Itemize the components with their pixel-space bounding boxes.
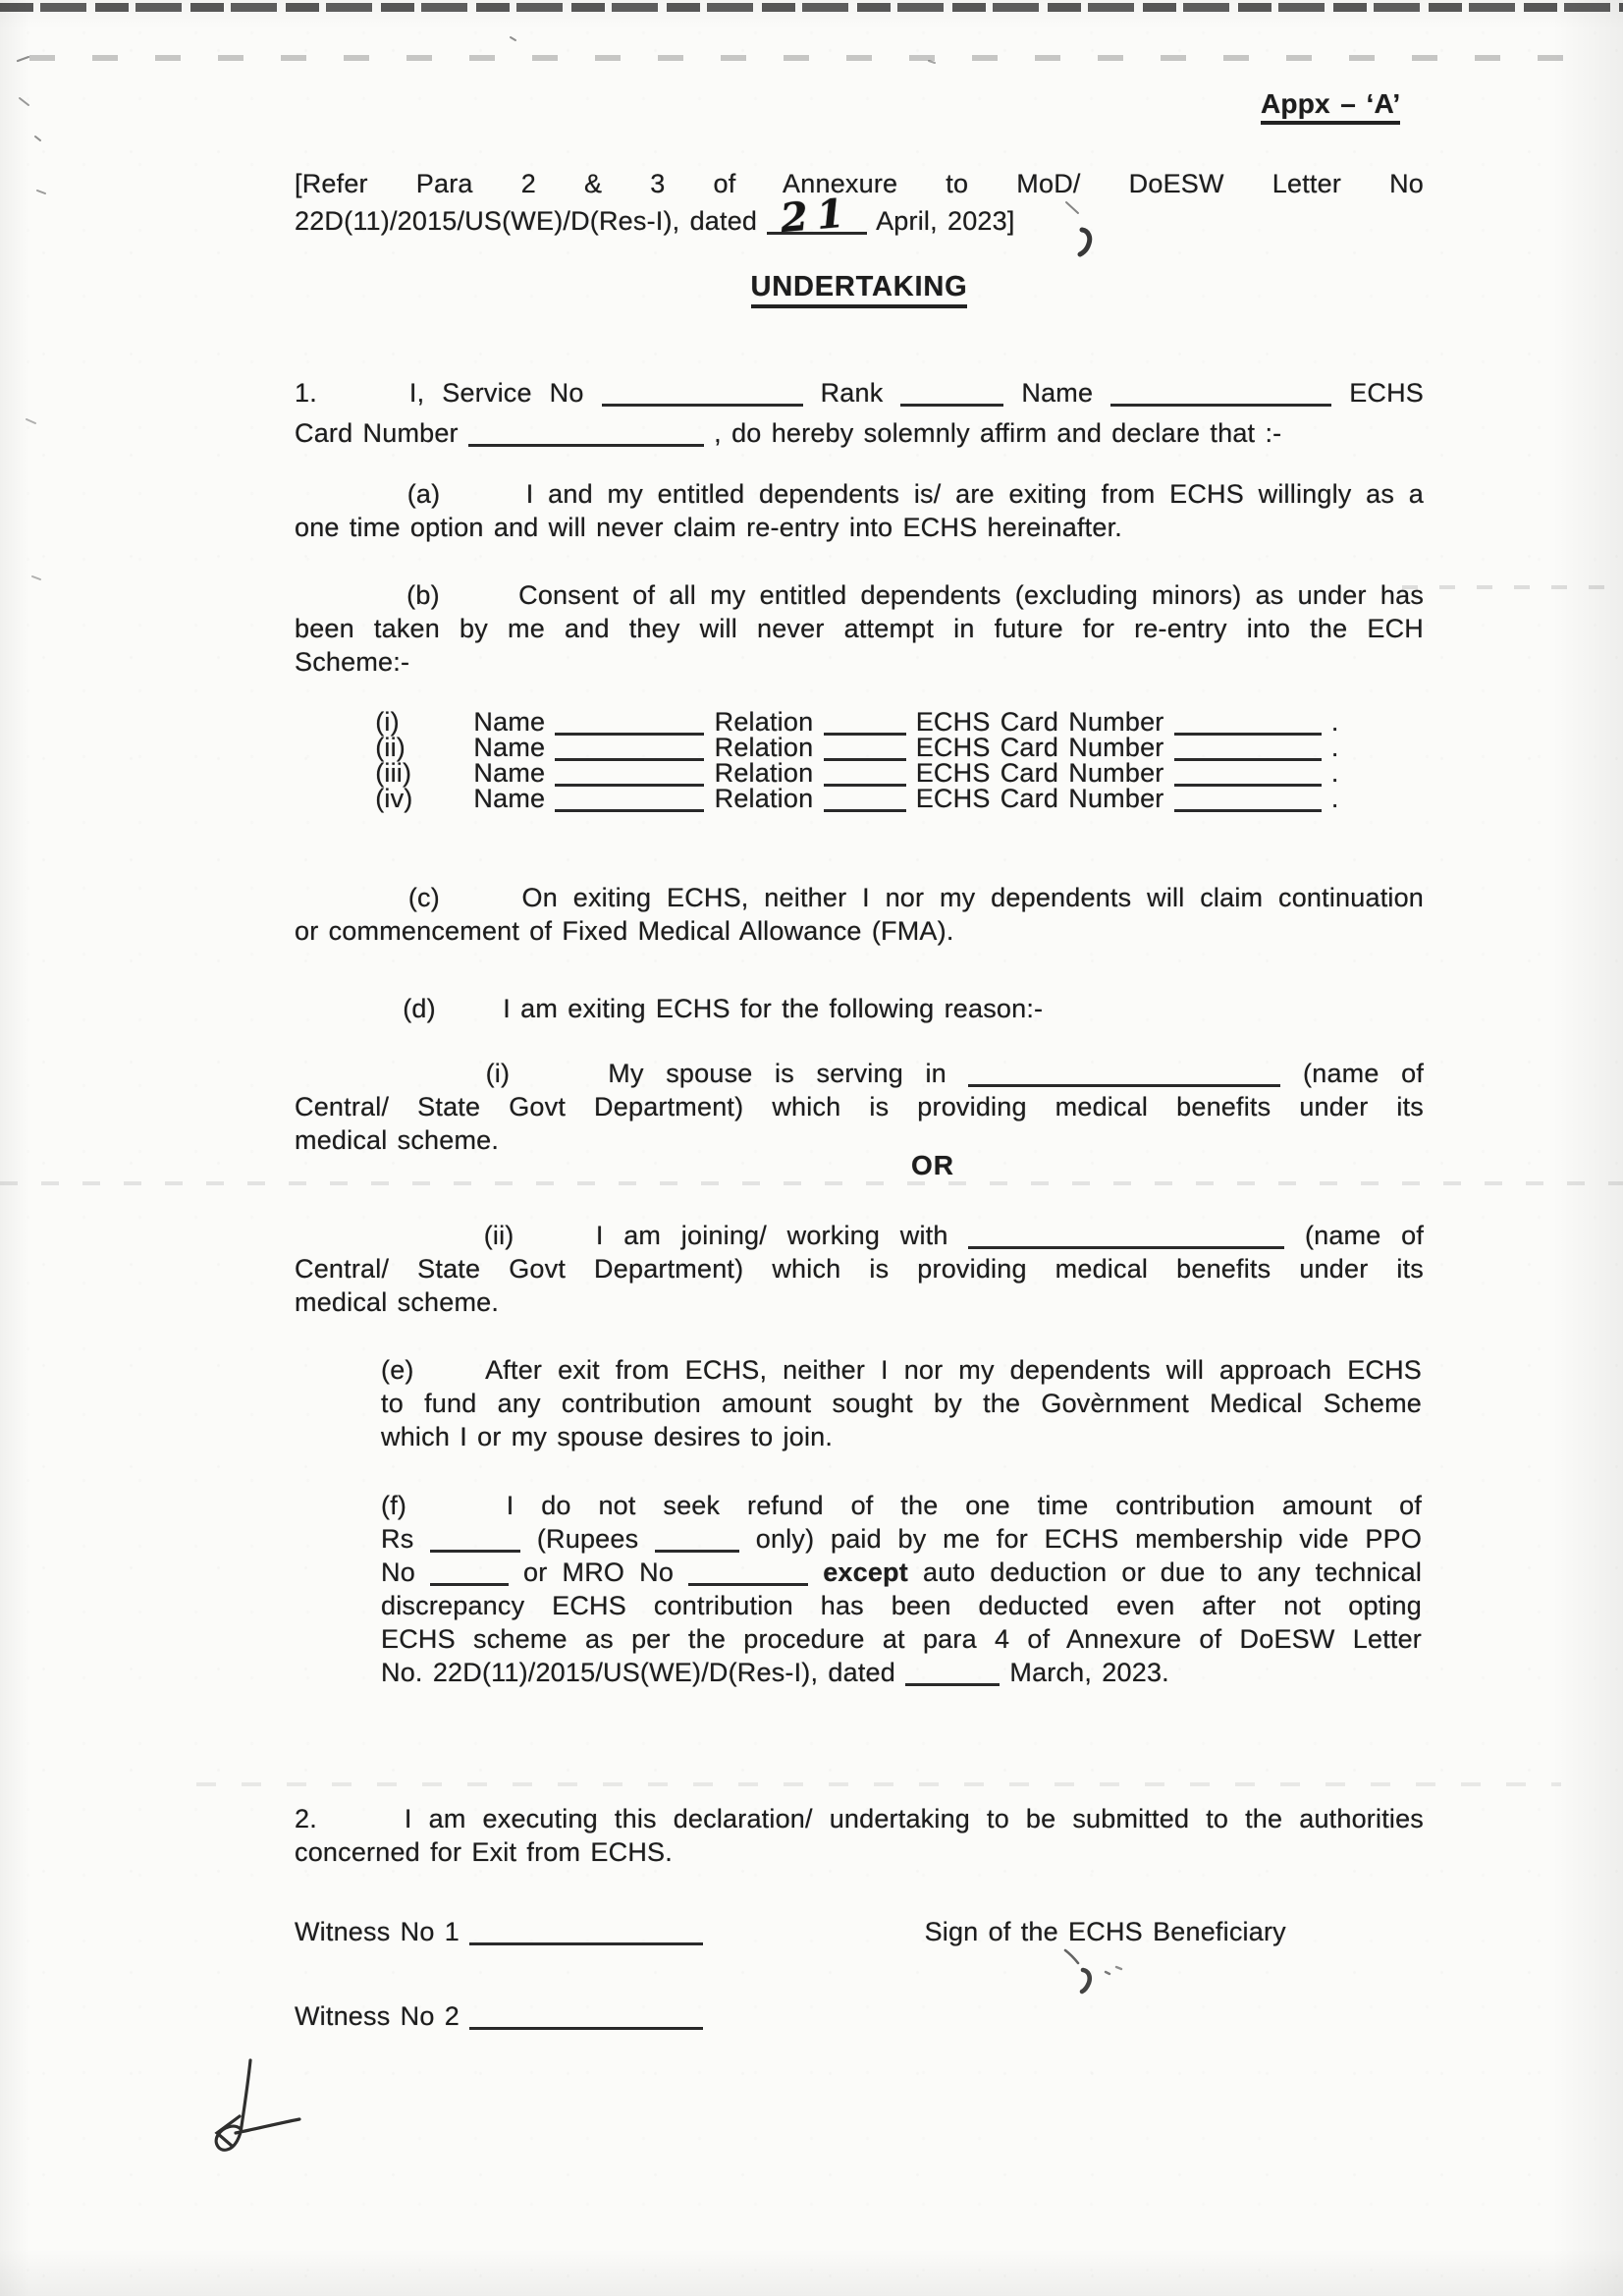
spacing-gap bbox=[532, 1081, 586, 1082]
text-run: 22D(11)/2015/US(WE)/D(Res-I), dated bbox=[295, 206, 757, 236]
text-run: only) paid by me for ECHS membership vid… bbox=[756, 1524, 1422, 1554]
text-line: (d) I am exiting ECHS for the following … bbox=[295, 992, 1424, 1025]
scanned-document-page: Appx – ‘A’ [Refer Para 2 & 3 of Annexure… bbox=[0, 0, 1623, 2296]
text-run: My spouse is serving in bbox=[608, 1059, 947, 1088]
text-run: Appx – ‘A’ bbox=[1261, 88, 1400, 125]
text-run: (d) bbox=[403, 994, 436, 1023]
text-run: Relation bbox=[715, 784, 814, 813]
text-run: Rs bbox=[381, 1524, 413, 1554]
text-run: (name of bbox=[1303, 1059, 1424, 1088]
spacing-gap bbox=[295, 1016, 393, 1017]
scan-artifact-top-band bbox=[0, 3, 1623, 12]
text-line: 22D(11)/2015/US(WE)/D(Res-I), dated 21 A… bbox=[295, 202, 1424, 240]
text-run: March, 2023. bbox=[1009, 1658, 1168, 1687]
spacing-gap bbox=[295, 755, 365, 756]
text-run: (b) bbox=[406, 580, 440, 610]
blank-field bbox=[469, 2022, 703, 2030]
blank-field bbox=[824, 804, 906, 812]
text-line: Central/ State Govt Department) which is… bbox=[295, 1252, 1424, 1285]
blank-field: 21 bbox=[767, 227, 867, 235]
spacing-gap bbox=[334, 1827, 388, 1828]
signature-ink bbox=[194, 2057, 304, 2160]
spacing-gap bbox=[295, 806, 365, 807]
text-line: No or MRO No except auto deduction or du… bbox=[381, 1556, 1422, 1589]
scan-artifact-dashes bbox=[1402, 585, 1616, 589]
spacing-gap bbox=[446, 1016, 493, 1017]
list-item-number: (i) bbox=[375, 710, 463, 735]
blank-field bbox=[824, 728, 906, 736]
text-run: (f) bbox=[381, 1491, 406, 1520]
text-line: medical scheme. bbox=[295, 1123, 1424, 1157]
list-item-number: (iii) bbox=[375, 761, 463, 786]
text-run: . bbox=[1331, 784, 1339, 813]
text-run: concerned for Exit from ECHS. bbox=[295, 1837, 673, 1867]
spacing-gap bbox=[295, 603, 393, 604]
text-run: [Refer Para 2 & 3 of Annexure to MoD/ Do… bbox=[295, 169, 1424, 198]
text-run: I, Service No bbox=[409, 378, 584, 408]
text-line: (c) On exiting ECHS, neither I nor my de… bbox=[295, 881, 1424, 914]
blank-field bbox=[905, 1678, 1000, 1686]
para-1c: (c) On exiting ECHS, neither I nor my de… bbox=[295, 881, 1424, 948]
text-run: April, 2023] bbox=[876, 206, 1014, 236]
blank-field bbox=[1174, 804, 1322, 812]
spacing-gap bbox=[295, 1243, 463, 1244]
blank-field bbox=[968, 1079, 1280, 1087]
blank-field bbox=[555, 804, 704, 812]
para-1d-ii: (ii) I am joining/ working with (name of… bbox=[295, 1219, 1424, 1319]
text-line: (b) Consent of all my entitled dependent… bbox=[295, 578, 1424, 612]
text-line: UNDERTAKING bbox=[295, 267, 1424, 306]
text-line: concerned for Exit from ECHS. bbox=[295, 1835, 1424, 1869]
text-run: ECHS Card Number bbox=[916, 784, 1164, 813]
blank-field bbox=[430, 1545, 520, 1553]
text-run: one time option and will never claim re-… bbox=[295, 513, 1122, 542]
blank-field bbox=[468, 439, 704, 447]
text-run: medical scheme. bbox=[295, 1287, 499, 1317]
blank-field bbox=[900, 399, 1003, 407]
text-line: discrepancy ECHS contribution has been d… bbox=[381, 1589, 1422, 1622]
text-line: (f) I do not seek refund of the one time… bbox=[381, 1489, 1422, 1522]
blank-field bbox=[430, 1578, 509, 1586]
text-run: been taken by me and they will never att… bbox=[295, 614, 1424, 643]
text-line: Card Number , do hereby solemnly affirm … bbox=[295, 413, 1424, 454]
blank-field bbox=[1174, 728, 1322, 736]
para-1-declaration: 1. I, Service No Rank Name ECHS Card Num… bbox=[295, 373, 1424, 454]
text-run: I am exiting ECHS for the following reas… bbox=[503, 994, 1043, 1023]
text-line: No. 22D(11)/2015/US(WE)/D(Res-I), dated … bbox=[381, 1656, 1422, 1689]
text-run: discrepancy ECHS contribution has been d… bbox=[381, 1591, 1422, 1620]
document-title: UNDERTAKING bbox=[295, 267, 1424, 306]
text-run: (Rupees bbox=[537, 1524, 638, 1554]
para-1a: (a) I and my entitled dependents is/ are… bbox=[295, 477, 1424, 544]
blank-field bbox=[1174, 753, 1322, 761]
blank-field bbox=[555, 728, 704, 736]
text-run: I do not seek refund of the one time con… bbox=[507, 1491, 1422, 1520]
text-run: OR bbox=[911, 1150, 954, 1180]
blank-field bbox=[555, 753, 704, 761]
text-line: which I or my spouse desires to join. bbox=[381, 1420, 1422, 1453]
blank-field bbox=[469, 1938, 703, 1945]
or-separator: OR bbox=[911, 1149, 1029, 1182]
text-run: (name of bbox=[1305, 1221, 1424, 1250]
text-run: ECHS scheme as per the procedure at para… bbox=[381, 1624, 1422, 1654]
spacing-gap bbox=[534, 1243, 575, 1244]
blank-field bbox=[968, 1241, 1284, 1249]
text-line: (ii) I am joining/ working with (name of bbox=[295, 1219, 1424, 1252]
spacing-gap bbox=[335, 401, 392, 402]
text-run: I am executing this declaration/ underta… bbox=[405, 1804, 1424, 1833]
text-run: (i) bbox=[486, 1059, 511, 1088]
text-run: I and my entitled dependents is/ are exi… bbox=[526, 479, 1424, 509]
text-run: No bbox=[381, 1558, 415, 1587]
spacing-gap bbox=[713, 1940, 914, 1941]
text-run: medical scheme. bbox=[295, 1125, 499, 1155]
text-run: Name bbox=[473, 784, 545, 813]
text-run: Scheme:- bbox=[295, 647, 409, 677]
text-line: Witness No 2 bbox=[295, 1999, 982, 2033]
scan-artifact-second-band bbox=[29, 55, 1591, 61]
text-line: or commencement of Fixed Medical Allowan… bbox=[295, 914, 1424, 948]
spacing-gap bbox=[434, 1513, 479, 1514]
text-run: or MRO No bbox=[523, 1558, 674, 1587]
text-run: UNDERTAKING bbox=[751, 271, 968, 308]
blank-field bbox=[655, 1545, 739, 1553]
text-run: After exit from ECHS, neither I nor my d… bbox=[485, 1355, 1422, 1385]
text-run: (a) bbox=[407, 479, 441, 509]
list-item-number: (ii) bbox=[375, 736, 463, 760]
text-run: or commencement of Fixed Medical Allowan… bbox=[295, 916, 954, 946]
text-line: 2. I am executing this declaration/ unde… bbox=[295, 1802, 1424, 1835]
text-line: [Refer Para 2 & 3 of Annexure to MoD/ Do… bbox=[295, 165, 1424, 202]
text-run: (c) bbox=[408, 883, 440, 912]
spacing-gap bbox=[295, 502, 393, 503]
spacing-gap bbox=[454, 603, 505, 604]
spacing-gap bbox=[455, 502, 512, 503]
witness-2-line: Witness No 2 bbox=[295, 1999, 982, 2033]
bold-text-run: except bbox=[823, 1558, 908, 1587]
text-run: Name bbox=[1021, 378, 1093, 408]
dependents-list: (i) Name Relation ECHS Card Number . (ii… bbox=[295, 710, 1424, 812]
text-run: Sign of the ECHS Beneficiary bbox=[925, 1917, 1286, 1946]
text-run: Consent of all my entitled dependents (e… bbox=[518, 580, 1424, 610]
para-1d: (d) I am exiting ECHS for the following … bbox=[295, 992, 1424, 1025]
text-line: medical scheme. bbox=[295, 1285, 1424, 1319]
para-1f: (f) I do not seek refund of the one time… bbox=[381, 1489, 1422, 1689]
text-run: auto deduction or due to any technical bbox=[923, 1558, 1422, 1587]
reference-note: [Refer Para 2 & 3 of Annexure to MoD/ Do… bbox=[295, 165, 1424, 240]
text-line: 1. I, Service No Rank Name ECHS bbox=[295, 373, 1424, 413]
spacing-gap bbox=[295, 781, 365, 782]
spacing-gap bbox=[456, 905, 507, 906]
text-line: Appx – ‘A’ bbox=[1261, 86, 1437, 122]
para-1d-i: (i) My spouse is serving in (name of Cen… bbox=[295, 1057, 1424, 1157]
text-run: (ii) bbox=[484, 1221, 514, 1250]
spacing-gap bbox=[295, 1081, 463, 1082]
text-run: Central/ State Govt Department) which is… bbox=[295, 1092, 1424, 1121]
list-item-number: (iv) bbox=[375, 787, 463, 811]
text-line: Rs (Rupees only) paid by me for ECHS mem… bbox=[381, 1522, 1422, 1556]
text-run: I am joining/ working with bbox=[596, 1221, 948, 1250]
para-1b: (b) Consent of all my entitled dependent… bbox=[295, 578, 1424, 679]
text-run: On exiting ECHS, neither I nor my depend… bbox=[522, 883, 1425, 912]
text-line: (e) After exit from ECHS, neither I nor … bbox=[381, 1353, 1422, 1387]
blank-field bbox=[824, 753, 906, 761]
text-line: (iv) Name Relation ECHS Card Number . bbox=[295, 787, 1424, 812]
spacing-gap bbox=[430, 1378, 471, 1379]
blank-field bbox=[555, 779, 704, 787]
text-line: (i) My spouse is serving in (name of bbox=[295, 1057, 1424, 1090]
text-run: Central/ State Govt Department) which is… bbox=[295, 1254, 1424, 1284]
blank-field bbox=[1110, 399, 1331, 407]
text-line: been taken by me and they will never att… bbox=[295, 612, 1424, 645]
text-run: , do hereby solemnly affirm and declare … bbox=[714, 418, 1281, 448]
text-run: 1. bbox=[295, 378, 317, 408]
para-1e: (e) After exit from ECHS, neither I nor … bbox=[381, 1353, 1422, 1453]
scan-artifact-low-line bbox=[196, 1782, 1561, 1786]
text-line: one time option and will never claim re-… bbox=[295, 511, 1424, 544]
scan-artifact-mid-line bbox=[0, 1181, 1623, 1185]
text-run: ECHS bbox=[1349, 378, 1424, 408]
handwritten-value: 21 bbox=[780, 194, 855, 238]
text-line: OR bbox=[911, 1149, 1029, 1182]
text-line: to fund any contribution amount sought b… bbox=[381, 1387, 1422, 1420]
para-2-execution: 2. I am executing this declaration/ unde… bbox=[295, 1802, 1424, 1869]
text-run: which I or my spouse desires to join. bbox=[381, 1422, 833, 1451]
witness-1-line: Witness No 1 Sign of the ECHS Beneficiar… bbox=[295, 1915, 1473, 1948]
text-line: Scheme:- bbox=[295, 645, 1424, 679]
text-run: Witness No 2 bbox=[295, 2001, 460, 2031]
text-run: Witness No 1 bbox=[295, 1917, 460, 1946]
text-line: Central/ State Govt Department) which is… bbox=[295, 1090, 1424, 1123]
text-line: (a) I and my entitled dependents is/ are… bbox=[295, 477, 1424, 511]
blank-field bbox=[824, 779, 906, 787]
text-run: to fund any contribution amount sought b… bbox=[381, 1389, 1422, 1418]
appendix-label: Appx – ‘A’ bbox=[1261, 86, 1437, 122]
text-line: Witness No 1 Sign of the ECHS Beneficiar… bbox=[295, 1915, 1473, 1948]
text-run: 2. bbox=[295, 1804, 317, 1833]
text-run: No. 22D(11)/2015/US(WE)/D(Res-I), dated bbox=[381, 1658, 895, 1687]
text-run: Card Number bbox=[295, 418, 459, 448]
text-line: ECHS scheme as per the procedure at para… bbox=[381, 1622, 1422, 1656]
blank-field bbox=[1174, 779, 1322, 787]
blank-field bbox=[602, 399, 803, 407]
blank-field bbox=[688, 1578, 808, 1586]
spacing-gap bbox=[295, 905, 393, 906]
text-run: Rank bbox=[821, 378, 884, 408]
spacing-gap bbox=[295, 730, 365, 731]
text-run: (e) bbox=[381, 1355, 414, 1385]
